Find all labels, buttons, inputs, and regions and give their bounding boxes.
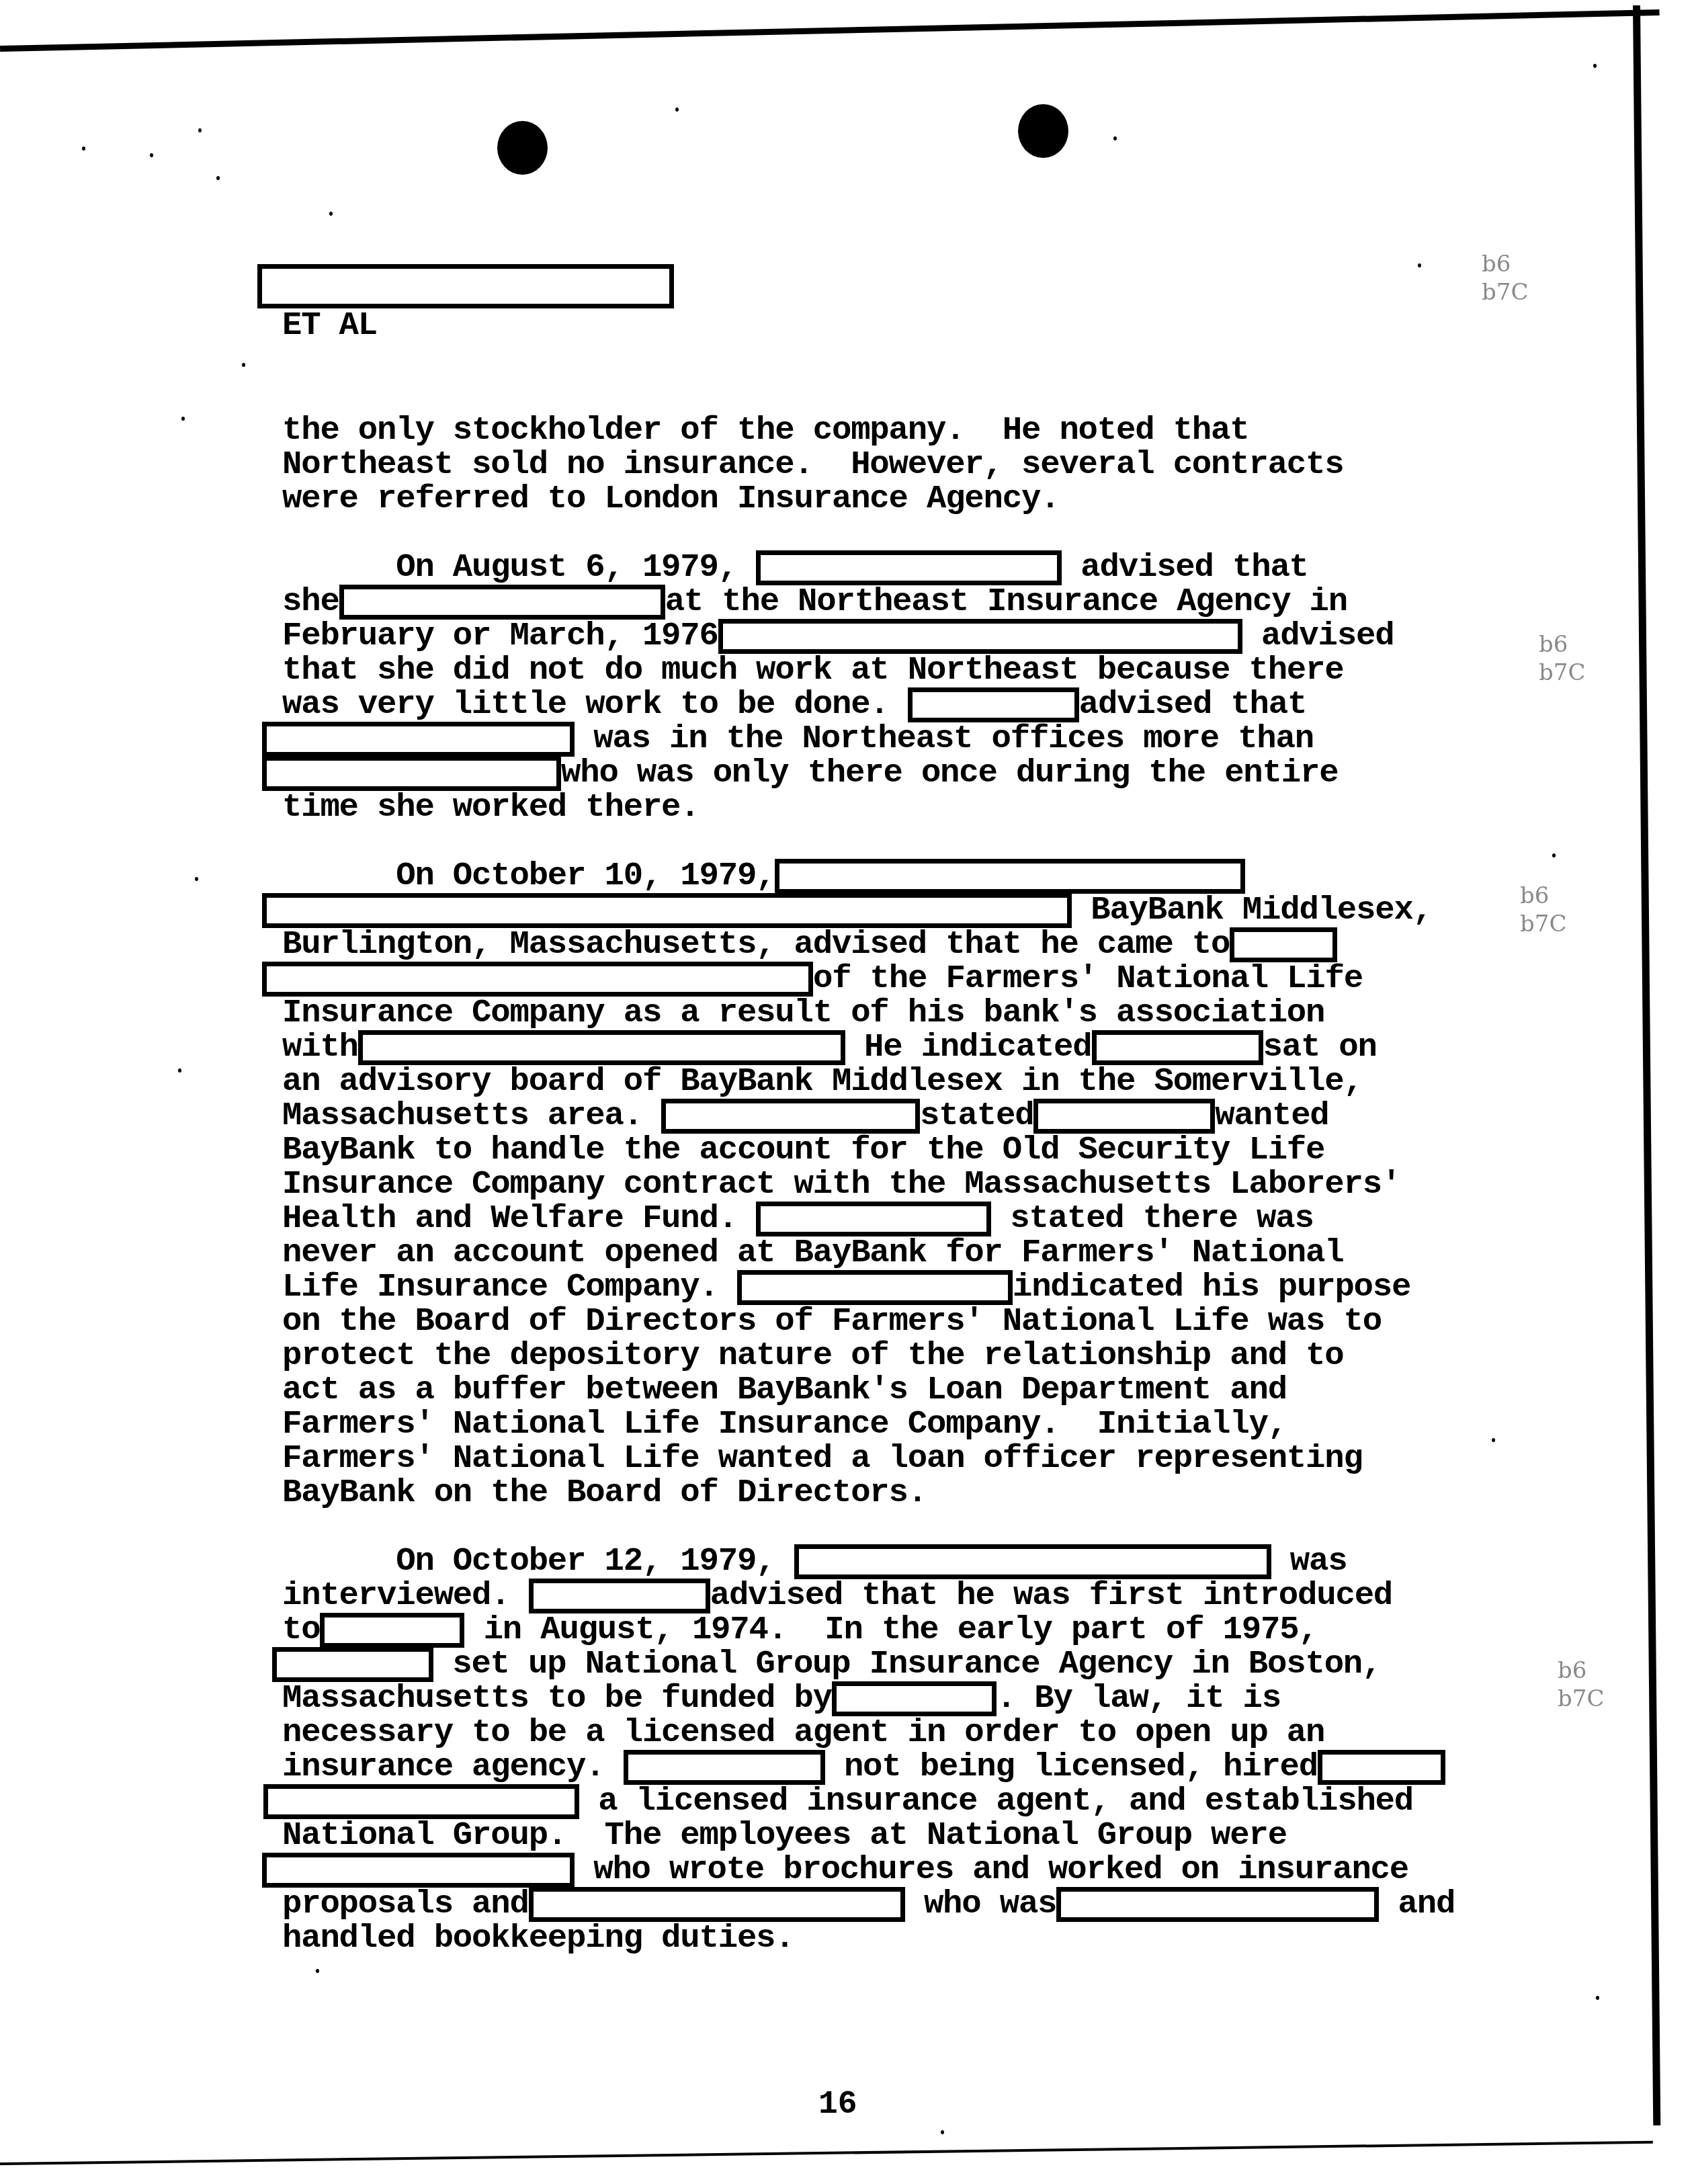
text-line: Farmers' National Life Insurance Company… [282, 1406, 1287, 1441]
redaction-box [718, 619, 1242, 654]
scan-speck [1552, 853, 1556, 857]
redaction-box [1092, 1030, 1263, 1065]
text-line: Burlington, Massachusetts, advised that … [282, 927, 1337, 962]
redaction-box [262, 1853, 575, 1888]
scan-speck [316, 1969, 319, 1973]
text-line: protect the depository nature of the rel… [282, 1338, 1343, 1373]
scan-speck [1418, 263, 1421, 267]
redaction-box [624, 1750, 825, 1785]
scan-speck [329, 212, 333, 216]
redaction-box [272, 1647, 433, 1682]
text-line: a licensed insurance agent, and establis… [263, 1783, 1413, 1819]
text-line: On October 10, 1979, [282, 858, 1245, 894]
page-edge-right [1633, 5, 1660, 2126]
scan-speck [198, 128, 202, 132]
text-line: Insurance Company as a result of his ban… [282, 995, 1324, 1030]
text-line: were referred to London Insurance Agency… [282, 481, 1059, 516]
redaction-box [737, 1270, 1013, 1305]
scan-speck [675, 108, 679, 112]
scan-speck [181, 417, 185, 421]
subject-suffix: ET AL [282, 308, 377, 343]
punch-hole-left [497, 121, 548, 175]
redaction-box [1056, 1887, 1379, 1922]
text-line: necessary to be a licensed agent in orde… [282, 1715, 1324, 1750]
text-line: BayBank to handle the account for the Ol… [282, 1132, 1324, 1167]
redaction-box [339, 585, 665, 620]
text-line: Massachusetts area. statedwanted [282, 1098, 1329, 1134]
text-line: National Group. The employees at Nationa… [282, 1818, 1287, 1853]
foia-exemption-note: b6 b7C [1558, 1656, 1604, 1713]
text-line: on the Board of Directors of Farmers' Na… [282, 1304, 1382, 1339]
redaction-box [661, 1099, 920, 1134]
scan-speck [941, 2130, 944, 2134]
scan-speck [150, 153, 153, 157]
page-edge-top [0, 9, 1660, 52]
redaction-box [320, 1613, 464, 1648]
scan-speck [82, 146, 85, 151]
text-line: BayBank on the Board of Directors. [282, 1475, 927, 1510]
text-line: interviewed. advised that he was first i… [282, 1578, 1392, 1613]
redaction-box [775, 859, 1245, 894]
redaction-box [756, 1202, 991, 1236]
redaction-box [832, 1681, 997, 1716]
text-line: an advisory board of BayBank Middlesex i… [282, 1064, 1363, 1099]
scan-speck [178, 1068, 181, 1073]
foia-exemption-note: b6 b7C [1539, 630, 1585, 687]
redaction-box [262, 893, 1072, 928]
page-edge-bottom [0, 2141, 1653, 2165]
scan-speck [1596, 1996, 1599, 2000]
text-line: with He indicatedsat on [282, 1030, 1377, 1065]
text-line: On October 12, 1979, was [282, 1544, 1347, 1579]
text-line: insurance agency. not being licensed, hi… [282, 1749, 1445, 1785]
redaction-box [262, 962, 813, 997]
text-line: sheat the Northeast Insurance Agency in [282, 584, 1347, 620]
redaction-box [1033, 1099, 1215, 1134]
redaction-box [262, 756, 561, 791]
redaction-box [908, 687, 1079, 722]
text-line: Health and Welfare Fund. stated there wa… [282, 1201, 1314, 1236]
text-line: to in August, 1974. In the early part of… [282, 1612, 1318, 1648]
redaction-box [756, 550, 1062, 585]
scan-speck [1593, 64, 1597, 68]
text-line: February or March, 1976 advised [282, 618, 1394, 654]
text-line: Massachusetts to be funded by. By law, i… [282, 1681, 1281, 1716]
text-line: Farmers' National Life wanted a loan off… [282, 1441, 1363, 1476]
redaction-box [1318, 1750, 1445, 1785]
text-line: Northeast sold no insurance. However, se… [282, 447, 1343, 482]
scan-speck [1492, 1438, 1495, 1442]
text-line: On August 6, 1979, advised that [282, 550, 1308, 585]
text-line: who wrote brochures and worked on insura… [262, 1852, 1408, 1888]
text-line: was in the Northeast offices more than [262, 721, 1314, 757]
text-line: handled bookkeeping duties. [282, 1921, 794, 1956]
redaction-box [262, 722, 575, 757]
redaction-box [529, 1887, 905, 1922]
scan-speck [1113, 136, 1117, 140]
page-number: 16 [818, 2087, 857, 2123]
text-line: Life Insurance Company. indicated his pu… [282, 1269, 1410, 1305]
text-line: proposals and who was and [282, 1886, 1455, 1922]
redacted-subject-name [257, 264, 674, 308]
redaction-box [529, 1579, 710, 1613]
scan-speck [216, 176, 220, 180]
text-line: act as a buffer between BayBank's Loan D… [282, 1372, 1287, 1407]
redaction-box [358, 1030, 845, 1065]
text-line: who was only there once during the entir… [262, 755, 1338, 791]
foia-exemption-note: b6 b7C [1520, 882, 1566, 938]
redaction-box [794, 1544, 1271, 1579]
text-line: never an account opened at BayBank for F… [282, 1235, 1343, 1270]
text-line: that she did not do much work at Northea… [282, 653, 1343, 687]
punch-hole-right [1018, 104, 1068, 158]
text-line: was very little work to be done. advised… [282, 687, 1306, 722]
scan-speck [195, 877, 198, 881]
text-line: the only stockholder of the company. He … [282, 413, 1248, 448]
text-line: Insurance Company contract with the Mass… [282, 1167, 1400, 1202]
text-line: of the Farmers' National Life [262, 961, 1363, 997]
text-line: set up National Group Insurance Agency i… [272, 1646, 1381, 1682]
redaction-box [263, 1784, 579, 1819]
text-line: time she worked there. [282, 790, 700, 825]
scan-speck [242, 363, 245, 367]
redaction-box [1230, 927, 1337, 962]
text-line: BayBank Middlesex, [262, 892, 1432, 928]
foia-exemption-note: b6 b7C [1482, 250, 1528, 306]
